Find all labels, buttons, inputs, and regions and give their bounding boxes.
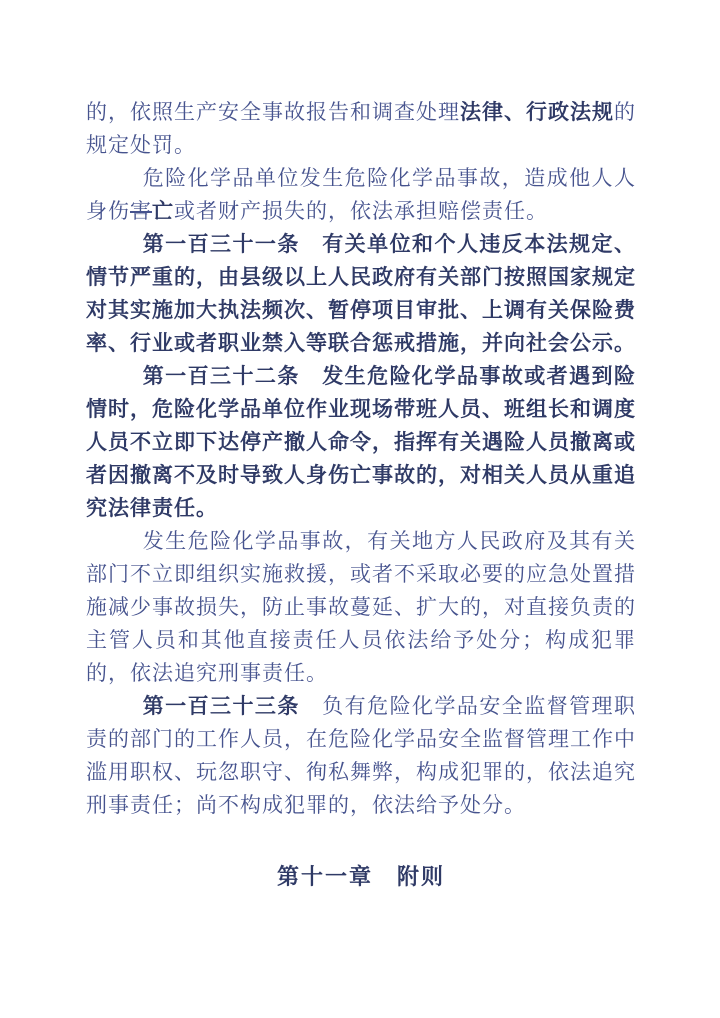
text-run: 的，依照生产安全事故报告和调查处理 [86,100,460,124]
document-page: 的，依照生产安全事故报告和调查处理法律、行政法规的规定处罚。 危险化学品单位发生… [0,0,720,1018]
inserted-text-run: 亡 [152,200,174,223]
law-article-132: 第一百三十二条 发生危险化学品事故或者遇到险情时，危险化学品单位作业现场带班人员… [86,360,636,525]
inserted-text-run: 法律、行政法规 [460,101,614,124]
law-paragraph-continuation: 的，依照生产安全事故报告和调查处理法律、行政法规的规定处罚。 [86,96,636,162]
deleted-text-run: 害 [130,199,152,223]
law-article-131: 第一百三十一条 有关单位和个人违反本法规定、情节严重的，由县级以上人民政府有关部… [86,228,636,360]
law-article-133: 第一百三十三条 负有危险化学品安全监督管理职责的部门的工作人员，在危险化学品安全… [86,690,636,822]
text-run: 或者财产损失的，依法承担赔偿责任。 [174,199,548,223]
chapter-heading: 第十一章 附则 [86,860,636,893]
law-paragraph-liability: 危险化学品单位发生危险化学品事故，造成他人人身伤害亡或者财产损失的，依法承担赔偿… [86,162,636,228]
article-number-run: 第一百三十三条 [143,695,300,718]
law-paragraph-rescue: 发生危险化学品事故，有关地方人民政府及其有关部门不立即组织实施救援，或者不采取必… [86,525,636,690]
